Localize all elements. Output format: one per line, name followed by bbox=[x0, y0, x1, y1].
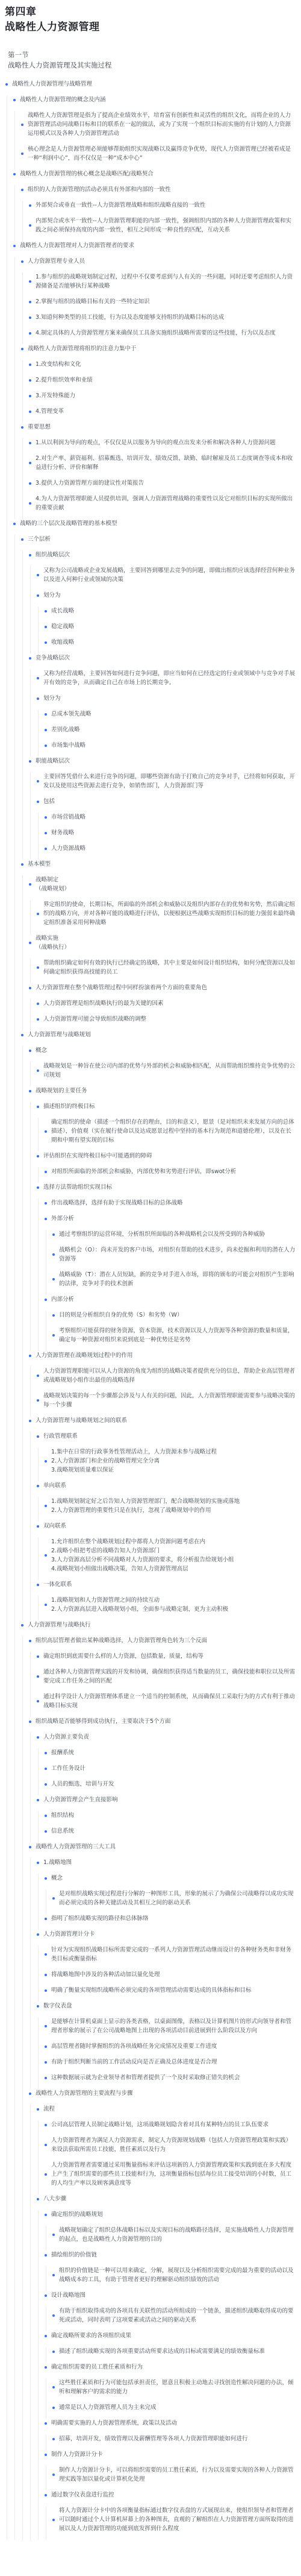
bullet-icon[interactable] bbox=[21, 348, 23, 350]
bullet-icon[interactable] bbox=[45, 2173, 47, 2176]
outline-item-text[interactable]: 描述组织的终极目标 bbox=[43, 1102, 95, 1111]
outline-item-text[interactable]: 人力资源管理会产生直接影响 bbox=[43, 1795, 118, 1804]
bullet-icon[interactable] bbox=[37, 1655, 39, 1658]
outline-item-text[interactable]: 战略性人力资源管理对人力资源管理者的要求 bbox=[20, 241, 134, 250]
bullet-icon[interactable] bbox=[52, 1334, 55, 1337]
bullet-icon[interactable] bbox=[52, 2438, 55, 2440]
bullet-icon[interactable] bbox=[29, 657, 31, 660]
outline-item-row[interactable]: 工作任务设计 bbox=[45, 1764, 296, 1780]
outline-item-row[interactable]: 3.知道何种类型的员工技能，行为以及态度能够支持组织的战略目标的达成 bbox=[29, 313, 296, 329]
bullet-icon[interactable] bbox=[45, 2294, 47, 2297]
outline-item-text[interactable]: 人力资源主要负责 bbox=[43, 1733, 89, 1742]
bullet-icon[interactable] bbox=[29, 204, 31, 207]
bullet-icon[interactable] bbox=[29, 1420, 31, 1422]
outline-item-text[interactable]: 通过各种人力资源管理实践的开发和协调，确保组织获得适当数量的员工，确保技能和职位… bbox=[43, 1667, 296, 1686]
outline-item-row[interactable]: 明确需要实施的人力资源管理系统，政策以及活动 bbox=[45, 2419, 296, 2434]
bullet-icon[interactable] bbox=[29, 316, 31, 319]
outline-item-row[interactable]: 确定组织需要的员工胜任素质和行为 bbox=[45, 2363, 296, 2378]
outline-item-row[interactable]: 战略实施 （战略执行） bbox=[29, 934, 296, 959]
outline-item-text[interactable]: 3.开发特殊能力 bbox=[36, 391, 75, 400]
bullet-icon[interactable] bbox=[52, 1278, 55, 1280]
outline-item-row[interactable]: 核心理念是人力资源管理必须能够帮助组织实现战略以及赢得竞争优势，现代人力资源管理… bbox=[21, 145, 296, 169]
outline-item-row[interactable]: 基本模型 bbox=[21, 860, 296, 875]
outline-item-text[interactable]: 针对为实现组织战略目标所需要完成的一系列人力资源管理活动继而设计的各种财务类和非… bbox=[51, 1945, 296, 1963]
outline-item-text[interactable]: 外部契合或垂直一致性--人力资源管理战略和组织战略直接的一致性 bbox=[36, 201, 205, 210]
bullet-icon[interactable] bbox=[45, 2454, 47, 2456]
outline-item-text[interactable]: 一体化联系 bbox=[43, 1580, 72, 1589]
outline-item-row[interactable]: 描绘组织的价值链 bbox=[45, 2250, 296, 2266]
outline-item-text[interactable]: 选择方法帮助组织实现目标 bbox=[43, 1183, 112, 1192]
outline-item-text[interactable]: 战略性人力资源管理是指为了提高企业绩效水平，培育富有创新性和灵活性的组织文化，而… bbox=[28, 111, 296, 138]
outline-item-text[interactable]: 战略性人力资源管理的核心概念是战略匹配/战略契合 bbox=[20, 169, 154, 178]
outline-item-text[interactable]: 指明了组织战略实现的路径和总体脉络 bbox=[51, 1914, 149, 1923]
outline-item-row[interactable]: 划分为 bbox=[37, 694, 296, 710]
outline-item-row[interactable]: 人力资源管理在战略规划过程中的作用 bbox=[29, 1351, 296, 1367]
outline-item-row[interactable]: 稳定战略 bbox=[45, 622, 296, 638]
outline-item-row[interactable]: 三个层析 bbox=[21, 535, 296, 550]
bullet-icon[interactable] bbox=[45, 610, 47, 613]
outline-item-row[interactable]: 1.允许组织在整个战略规划过程中都将人力资源问题考虑在内 2.战略小组把考虑的战… bbox=[45, 1537, 296, 1580]
outline-item-text[interactable]: 划分为 bbox=[43, 591, 61, 600]
outline-item-row[interactable]: 财务战略 bbox=[45, 828, 296, 844]
outline-item-text[interactable]: 人力资源管理是组织战略执行的最为关键的因素 bbox=[43, 999, 164, 1008]
outline-item-text[interactable]: 成长战略 bbox=[51, 606, 74, 616]
outline-item-text[interactable]: 这种数据展示就为企业领导者和管理者提供了一个及时采取修正错失的机会 bbox=[51, 2073, 240, 2082]
bullet-icon[interactable] bbox=[45, 2025, 47, 2027]
outline-item-row[interactable]: 外部契合或垂直一致性--人力资源管理战略和组织战略直接的一致性 bbox=[29, 201, 296, 216]
outline-item-text[interactable]: 人力资源管理职能可以从人力资源的角度为组织的战略决策者提供充分的信息，帮助企业高… bbox=[43, 1367, 296, 1385]
outline-item-text[interactable]: 三个层析 bbox=[28, 535, 51, 544]
outline-item-text[interactable]: 人力资源管理者为满足人力资源需求，制定人力资源规划战略（包括人力资源管理政策和实… bbox=[51, 2136, 296, 2154]
outline-item-text[interactable]: 战略规划决策的每一个步骤都会涉及与人有关的问题，因此，人力资源管理职能需要参与战… bbox=[43, 1391, 296, 1409]
outline-item-row[interactable]: 有助于组织判断当前的工作活动反向是否正确及总体进度是否合理 bbox=[45, 2058, 296, 2073]
outline-item-row[interactable]: 作出战略选择，选择有助于实现战略目标的总体战略 bbox=[45, 1198, 296, 1214]
outline-item-row[interactable]: 概念 bbox=[45, 1874, 296, 1889]
outline-item-text[interactable]: 战略威胁（T）：潜在人员短缺，新的竞争对手进入市场，即将的颁布的可能会对组织产生… bbox=[59, 1270, 296, 1288]
outline-item-text[interactable]: 战略性人力资源管理的三大工具 bbox=[36, 1842, 116, 1851]
outline-item-text[interactable]: 公司高层管理人员制定战略计划，这项战略规划隐含着对具有某种特点的员工队伍要求 bbox=[51, 2120, 268, 2129]
outline-item-row[interactable]: 高层管理者随时掌握组织的各项战略任务完成情况及重要工作进度 bbox=[45, 2042, 296, 2058]
outline-item-row[interactable]: 1.改变结构和文化 bbox=[29, 360, 296, 376]
bullet-icon[interactable] bbox=[29, 1355, 31, 1357]
bullet-icon[interactable] bbox=[37, 2005, 39, 2008]
outline-item-text[interactable]: 战略规划的主要任务 bbox=[36, 1086, 87, 1095]
bullet-icon[interactable] bbox=[45, 1783, 47, 1786]
outline-item-row[interactable]: 1.战略地图 bbox=[37, 1858, 296, 1874]
bullet-icon[interactable] bbox=[37, 1799, 39, 1801]
bullet-icon[interactable] bbox=[37, 966, 39, 969]
outline-item-row[interactable]: 又称为经营战略，主要回答如何进行竞争问题，即应当如何在已经选定的行业或领域中与竞… bbox=[37, 669, 296, 694]
outline-item-row[interactable]: 战略性人力资源管理的主要流程与步骤 bbox=[29, 2089, 296, 2105]
outline-item-row[interactable]: 人力资源管理专业人员 bbox=[21, 257, 296, 272]
outline-item-text[interactable]: 职能战略层次 bbox=[36, 757, 70, 766]
outline-item-text[interactable]: 2.掌握与组织的战略目标有关的一些特定知识 bbox=[36, 297, 150, 306]
bullet-icon[interactable] bbox=[45, 2422, 47, 2425]
outline-item-text[interactable]: 人力资源管理与战略规划 bbox=[28, 1030, 91, 1039]
outline-item-row[interactable]: 市场营销战略 bbox=[45, 813, 296, 828]
outline-item-text[interactable]: 差别化战略 bbox=[51, 725, 80, 734]
outline-item-row[interactable]: 界定组织的使命，长期目标，所面临的外部机会和威胁以及组织内部存在的优势和劣势，然… bbox=[37, 900, 296, 934]
outline-item-row[interactable]: 通过数字仪表盘进行监控 bbox=[45, 2490, 296, 2506]
bullet-icon[interactable] bbox=[37, 1862, 39, 1864]
outline-item-row[interactable]: 人力资源管理与战略规划 bbox=[21, 1030, 296, 1046]
bullet-icon[interactable] bbox=[45, 1830, 47, 1833]
outline-item-row[interactable]: 双向联系 bbox=[37, 1522, 296, 1537]
bullet-icon[interactable] bbox=[45, 729, 47, 731]
bullet-icon[interactable] bbox=[13, 99, 16, 101]
outline-item-text[interactable]: 确定组织的使命（描述一个组织存在的理由，目的和意义），愿景（是对组织未来发展方向… bbox=[51, 1118, 296, 1145]
outline-item-row[interactable]: 组织高层管理者做出某种战略选择，人力资源管理角色转为三个反面 bbox=[29, 1636, 296, 1652]
bullet-icon[interactable] bbox=[37, 677, 39, 679]
bullet-icon[interactable] bbox=[37, 698, 39, 700]
outline-item-row[interactable]: 1.战略规划制定好之后告知人力资源管理部门，配合战略规划的实施或落地 2.人力资… bbox=[45, 1497, 296, 1522]
outline-item-row[interactable]: 人力资源管理者需要通过采用衡量指标来评估这项新的人力资源管理政策和实践到底在多大… bbox=[45, 2161, 296, 2194]
outline-item-text[interactable]: 稳定战略 bbox=[51, 622, 74, 631]
bullet-icon[interactable] bbox=[13, 523, 16, 525]
outline-item-text[interactable]: 作出战略选择，选择有助于实现战略目标的总体战略 bbox=[51, 1198, 183, 1208]
bullet-icon[interactable] bbox=[21, 260, 23, 263]
outline-item-row[interactable]: 八大步骤 bbox=[37, 2194, 296, 2210]
bullet-icon[interactable] bbox=[29, 301, 31, 303]
outline-item-row[interactable]: 针对为实现组织战略目标所需要完成的一系列人力资源管理活动继而设计的各种财务类和非… bbox=[45, 1945, 296, 1970]
bullet-icon[interactable] bbox=[45, 1768, 47, 1770]
outline-item-row[interactable]: 帮助组织确定如何有效的执行已经确定的战略，其中主要是如何设计组织结构，如何分配资… bbox=[37, 959, 296, 983]
bullet-icon[interactable] bbox=[29, 462, 31, 464]
bullet-icon[interactable] bbox=[21, 189, 23, 191]
bullet-icon[interactable] bbox=[37, 1700, 39, 1702]
outline-item-row[interactable]: 通过各种人力资源管理实践的开发和协调，确保组织获得适当数量的员工，确保技能和职位… bbox=[37, 1667, 296, 1692]
bullet-icon[interactable] bbox=[52, 2274, 55, 2276]
bullet-icon[interactable] bbox=[29, 379, 31, 382]
bullet-icon[interactable] bbox=[29, 411, 31, 413]
outline-item-text[interactable]: 概念 bbox=[51, 1874, 63, 1883]
bullet-icon[interactable] bbox=[29, 1721, 31, 1723]
outline-item-row[interactable]: 人力资源管理计分卡 bbox=[37, 1930, 296, 1945]
outline-item-row[interactable]: 战略规划的主要任务 bbox=[29, 1086, 296, 1102]
bullet-icon[interactable] bbox=[29, 1640, 31, 1642]
outline-item-row[interactable]: 单向联系 bbox=[37, 1481, 296, 1497]
bullet-icon[interactable] bbox=[29, 987, 31, 989]
outline-item-text[interactable]: 人力资源管理在战略规划过程中的作用 bbox=[36, 1351, 133, 1360]
outline-item-row[interactable]: 组织结构 bbox=[45, 1811, 296, 1827]
bullet-icon[interactable] bbox=[45, 1130, 47, 1133]
outline-item-row[interactable]: 战略性人力资源管理与战略管理 bbox=[5, 80, 296, 95]
outline-item-row[interactable]: 人力资源管理职能可以从人力资源的角度为组织的战略决策者提供充分的信息，帮助企业高… bbox=[37, 1367, 296, 1391]
outline-item-row[interactable]: 描述了组织战略实现的各项重要活动所要求达成的目标或需要满足的绩效衡量标准 bbox=[52, 2347, 296, 2363]
bullet-icon[interactable] bbox=[29, 482, 31, 485]
outline-item-row[interactable]: 人力资源管理在整个战略管理过程中同样扮演着两个方面的重要角色 bbox=[29, 983, 296, 999]
outline-item-text[interactable]: 4.管理变革 bbox=[36, 407, 64, 416]
outline-item-row[interactable]: 战略的三个层次及战略管理的基本模型 bbox=[13, 519, 296, 535]
outline-item-text[interactable]: 数字仪表盘 bbox=[43, 2001, 72, 2011]
outline-item-row[interactable]: 战略性人力资源管理是指为了提高企业绩效水平，培育富有创新性和灵活性的组织文化，而… bbox=[21, 111, 296, 145]
outline-item-row[interactable]: 3.提供人力资源管理方面的建议性对策报告 bbox=[29, 479, 296, 494]
outline-item-text[interactable]: 战略性人力资源管理的概念及内涵 bbox=[20, 95, 106, 104]
outline-item-row[interactable]: 成长战略 bbox=[45, 606, 296, 622]
outline-item-row[interactable]: 是能够在计算机桌面上显示的各类表格，以桌面图像，表格以及计算机图片的形式向领导者… bbox=[45, 2017, 296, 2042]
outline-item-row[interactable]: 1.战略规划和人力资源管理之间的持续互动 2.人力资源高层进入战略规划小组，全面… bbox=[45, 1596, 296, 1620]
bullet-icon[interactable] bbox=[52, 1233, 55, 1236]
bullet-icon[interactable] bbox=[45, 713, 47, 716]
bullet-icon[interactable] bbox=[37, 2108, 39, 2111]
outline-item-row[interactable]: 设计战略地图 bbox=[45, 2291, 296, 2307]
bullet-icon[interactable] bbox=[13, 173, 16, 175]
bullet-icon[interactable] bbox=[37, 1675, 39, 1678]
bullet-icon[interactable] bbox=[37, 1018, 39, 1021]
bullet-icon[interactable] bbox=[45, 2214, 47, 2216]
bullet-icon[interactable] bbox=[37, 1736, 39, 1739]
outline-item-row[interactable]: 4.为人力资源管理职能人员提供培训，强调人力资源管理战略的重要性以及它对组织目标… bbox=[29, 494, 296, 519]
bullet-icon[interactable] bbox=[45, 2254, 47, 2256]
bullet-icon[interactable] bbox=[37, 1186, 39, 1189]
bullet-icon[interactable] bbox=[45, 832, 47, 834]
outline-item-row[interactable]: 内部契合或水平一致性--人力资源管理职能的内部一致性，强调组织内部的各种人力资源… bbox=[29, 216, 296, 241]
outline-item-text[interactable]: 描绘组织的价值链 bbox=[51, 2250, 97, 2260]
outline-item-text[interactable]: 战略实施 （战略执行） bbox=[36, 934, 70, 952]
outline-item-row[interactable]: 战略性人力资源管理对人力资源管理者的要求 bbox=[13, 241, 296, 257]
outline-item-text[interactable]: 考察组织可能获得的财务资源，资本资源，技术资源以及人力资源等各种资源的数量和质量… bbox=[59, 1326, 296, 1344]
bullet-icon[interactable] bbox=[52, 2351, 55, 2353]
bullet-icon[interactable] bbox=[45, 816, 47, 819]
bullet-icon[interactable] bbox=[21, 1624, 23, 1627]
outline-item-text[interactable]: 又称为公司战略或企业发展战略，主要回答到哪里去竞争的问题，即做出组织应该选择经营… bbox=[43, 566, 296, 584]
outline-item-text[interactable]: 2.提升组织效率和业绩 bbox=[36, 376, 93, 385]
outline-item-row[interactable]: 4.制定具体的人力资源管理方案来确保员工具备实施组织战略所需要的这些技能，行为以… bbox=[29, 329, 296, 344]
bullet-icon[interactable] bbox=[45, 2335, 47, 2337]
outline-item-text[interactable]: 1.战略规划制定好之后告知人力资源管理部门，配合战略规划的实施或落地 2.人力资… bbox=[51, 1497, 240, 1515]
outline-item-row[interactable]: 人力资源战略 bbox=[45, 844, 296, 860]
outline-item-text[interactable]: 有助于组织取得成功的各项具有关联性的活动所组成的一个链条，描述组织战略取得成功的… bbox=[59, 2307, 296, 2325]
outline-item-text[interactable]: 确定组织的战略规划 bbox=[51, 2210, 103, 2219]
outline-item-text[interactable]: 人力资源管理与战略规划之间的联系 bbox=[36, 1416, 127, 1425]
bullet-icon[interactable] bbox=[29, 502, 31, 505]
outline-item-text[interactable]: 总成本领先战略 bbox=[51, 710, 92, 719]
outline-item-row[interactable]: 概念 bbox=[29, 1046, 296, 1062]
bullet-icon[interactable] bbox=[29, 280, 31, 283]
outline-item-text[interactable]: 工作任务设计 bbox=[51, 1764, 85, 1773]
bullet-icon[interactable] bbox=[45, 1974, 47, 1976]
outline-item-row[interactable]: 考察组织可能获得的财务资源，资本资源，技术资源以及人力资源等各种资源的数量和质量… bbox=[52, 1326, 296, 1351]
outline-item-text[interactable]: 战略性人力资源管理与战略管理 bbox=[12, 80, 92, 89]
outline-item-row[interactable]: 战略规划是一种旨在使公司内部的优势与外部的机会和威胁相匹配，从而帮助组织维持竞争… bbox=[37, 1062, 296, 1086]
outline-item-row[interactable]: 制作人力资源计分卡，可以将组织需要的员工胜任素质，行为以及需要实现的各种人力资源… bbox=[52, 2466, 296, 2490]
outline-item-text[interactable]: 组织的价值链是一种可以用来确定，分解，展现以及分析组织需要完成的最为重要的活动以… bbox=[59, 2266, 296, 2284]
outline-item-text[interactable]: 战略性人力资源管理将组织的注意力集中于 bbox=[28, 344, 137, 353]
outline-item-text[interactable]: 确定组织到底需要什么样的人力资源，包括数量，质量，结构等 bbox=[43, 1652, 203, 1661]
outline-item-row[interactable]: 对组织所面临的外部机会和威胁，内部优势和劣势进行评估，即swot分析 bbox=[45, 1167, 296, 1183]
bullet-icon[interactable] bbox=[37, 1399, 39, 1402]
outline-item-text[interactable]: 八大步骤 bbox=[43, 2194, 66, 2203]
outline-item-row[interactable]: 人力资源管理与战略规划之间的联系 bbox=[29, 1416, 296, 1432]
outline-item-row[interactable]: 一体化联系 bbox=[37, 1580, 296, 1596]
bullet-icon[interactable] bbox=[45, 2144, 47, 2146]
bullet-icon[interactable] bbox=[45, 745, 47, 747]
outline-item-text[interactable]: 人力资源管理与战略执行 bbox=[28, 1620, 91, 1630]
bullet-icon[interactable] bbox=[37, 1435, 39, 1438]
bullet-icon[interactable] bbox=[37, 2198, 39, 2200]
bullet-icon[interactable] bbox=[29, 1050, 31, 1052]
outline-item-row[interactable]: 2.对生产率、薪资福利、招募甄选、培训开发、绩效反馈、缺勤、临时解雇及员工态度调… bbox=[29, 454, 296, 479]
bullet-icon[interactable] bbox=[37, 574, 39, 576]
bullet-icon[interactable] bbox=[37, 1933, 39, 1936]
outline-item-row[interactable]: 确定组织的使命（描述一个组织存在的理由，目的和意义），愿景（是对组织未来发展方向… bbox=[45, 1118, 296, 1151]
bullet-icon[interactable] bbox=[45, 2366, 47, 2369]
bullet-icon[interactable] bbox=[52, 2407, 55, 2409]
outline-item-row[interactable]: 指明了组织战略实现的路径和总体脉络 bbox=[45, 1914, 296, 1930]
bullet-icon[interactable] bbox=[52, 2519, 55, 2521]
outline-item-text[interactable]: 是能够在计算机桌面上显示的各类表格，以桌面图像，表格以及计算机图片的形式向领导者… bbox=[51, 2017, 296, 2035]
outline-item-row[interactable]: 是对组织战略实现过程进行分解的一种图形工具，形象的展示了为确保公司战略得以成功实… bbox=[52, 1889, 296, 1914]
outline-item-row[interactable]: 战略规划确定了组织总体战略目标以及实现目标的战略路径选择，是实施战略性人力资源管… bbox=[52, 2226, 296, 2250]
outline-item-text[interactable]: 组织高层管理者做出某种战略选择，人力资源管理角色转为三个反面 bbox=[36, 1636, 207, 1645]
outline-item-text[interactable]: 帮助组织确定如何有效的执行已经确定的战略，其中主要是如何设计组织结构，如何分配资… bbox=[43, 959, 296, 977]
outline-item-row[interactable]: 重要思想 bbox=[21, 423, 296, 438]
outline-item-text[interactable]: 1.战略规划和人力资源管理之间的持续互动 2.人力资源高层进入战略规划小组，全面… bbox=[51, 1596, 228, 1614]
outline-item-text[interactable]: 战略的三个层次及战略管理的基本模型 bbox=[20, 519, 117, 528]
bullet-icon[interactable] bbox=[37, 780, 39, 783]
outline-item-row[interactable]: 描述组织的终极目标 bbox=[37, 1102, 296, 1118]
outline-item-row[interactable]: 将战略地图中涉及的各种活动加以量化处理 bbox=[45, 1970, 296, 1986]
outline-item-row[interactable]: 报酬系统 bbox=[45, 1748, 296, 1764]
outline-item-row[interactable]: 战略性人力资源管理的三大工具 bbox=[29, 1842, 296, 1858]
bullet-icon[interactable] bbox=[29, 442, 31, 444]
outline-item-text[interactable]: 组织的人力资源管理的活动必须具有外部和内部的一致性 bbox=[28, 185, 171, 194]
bullet-icon[interactable] bbox=[45, 1171, 47, 1173]
outline-item-text[interactable]: 组织战略层次 bbox=[36, 550, 70, 559]
outline-item-row[interactable]: 将人力资源计分卡中的各项衡量指标通过数字仪表盘的方式展现出来，使组织领导者和管理… bbox=[52, 2506, 296, 2540]
outline-item-text[interactable]: 信息系统 bbox=[51, 1827, 74, 1836]
outline-item-row[interactable]: 又称为公司战略或企业发展战略，主要回答到哪里去竞争的问题，即做出组织应该选择经营… bbox=[37, 566, 296, 591]
outline-item-row[interactable]: 明确了衡量实现组织战略所必须完成的各项管理活动需要达成的具体指标和目标 bbox=[45, 1986, 296, 2001]
bullet-icon[interactable] bbox=[5, 83, 8, 86]
outline-item-text[interactable]: 基本模型 bbox=[28, 860, 51, 869]
bullet-icon[interactable] bbox=[29, 1090, 31, 1092]
bullet-icon[interactable] bbox=[37, 1069, 39, 1072]
bullet-icon[interactable] bbox=[37, 1525, 39, 1528]
outline-item-text[interactable]: 制作人力资源计分卡 bbox=[51, 2450, 103, 2459]
outline-item-row[interactable]: 内部分析 bbox=[45, 1295, 296, 1311]
bullet-icon[interactable] bbox=[29, 364, 31, 366]
outline-item-row[interactable]: 人力资源管理会产生直接影响 bbox=[37, 1795, 296, 1811]
outline-item-row[interactable]: 2.提升组织效率和业绩 bbox=[29, 376, 296, 391]
bullet-icon[interactable] bbox=[45, 848, 47, 850]
outline-item-row[interactable]: 组织战略是否能够得到成功执行，主要取决于5个方面 bbox=[29, 1717, 296, 1733]
outline-item-row[interactable]: 组织战略层次 bbox=[29, 550, 296, 566]
outline-item-row[interactable]: 这些胜任素质和行为可能包括承担责任，愿意且积极主动地去寻找创造性解决问题的办法，… bbox=[52, 2378, 296, 2403]
bullet-icon[interactable] bbox=[21, 863, 23, 866]
outline-item-row[interactable]: 确定组织到底需要什么样的人力资源，包括数量，质量，结构等 bbox=[37, 1652, 296, 1667]
bullet-icon[interactable] bbox=[37, 1106, 39, 1108]
outline-item-text[interactable]: 对组织所面临的外部机会和威胁，内部优势和劣势进行评估，即swot分析 bbox=[51, 1167, 236, 1176]
outline-item-row[interactable]: 战略性人力资源管理的核心概念是战略匹配/战略契合 bbox=[13, 169, 296, 185]
outline-item-text[interactable]: 报酬系统 bbox=[51, 1748, 74, 1757]
outline-item-text[interactable]: 通过科学设计人力资源管理体系建立一个适当的控制系统，从而确保员工采取行为的方式有… bbox=[43, 1692, 296, 1710]
bullet-icon[interactable] bbox=[37, 1584, 39, 1586]
outline-item-text[interactable]: 财务战略 bbox=[51, 828, 74, 837]
outline-item-text[interactable]: 人力资源战略 bbox=[51, 844, 85, 853]
outline-item-row[interactable]: 战略规划决策的每一个步骤都会涉及与人有关的问题，因此，人力资源管理职能需要参与战… bbox=[37, 1391, 296, 1416]
bullet-icon[interactable] bbox=[21, 124, 23, 126]
outline-item-row[interactable]: 竞争战略层次 bbox=[29, 653, 296, 669]
outline-item-row[interactable]: 通常是以人力资源管理人员为主来完成 bbox=[52, 2403, 296, 2419]
outline-item-text[interactable]: 通过数字仪表盘进行监控 bbox=[51, 2490, 114, 2499]
outline-item-text[interactable]: 3.知道何种类型的员工技能，行为以及态度能够支持组织的战略目标的达成 bbox=[36, 313, 224, 322]
outline-item-text[interactable]: 将人力资源计分卡中的各项衡量指标通过数字仪表盘的方式展现出来，使组织领导者和管理… bbox=[59, 2506, 296, 2533]
outline-item-row[interactable]: 组织的价值链是一种可以用来确定，分解，展现以及分析组织需要完成的最为重要的活动以… bbox=[52, 2266, 296, 2291]
outline-item-text[interactable]: 有助于组织判断当前的工作活动反向是否正确及总体进度是否合理 bbox=[51, 2058, 217, 2067]
bullet-icon[interactable] bbox=[37, 1003, 39, 1005]
bullet-icon[interactable] bbox=[45, 1752, 47, 1754]
outline-item-text[interactable]: 组织战略是否能够得到成功执行，主要取决于5个方面 bbox=[36, 1717, 171, 1726]
outline-item-text[interactable]: 确定战略所要求的各项组织成果 bbox=[51, 2331, 131, 2340]
outline-item-row[interactable]: 通过考察组织的运营环境，分析组织所面临的各种战略机会以及所受到的各种威胁 bbox=[52, 1230, 296, 1245]
bullet-icon[interactable] bbox=[45, 2494, 47, 2496]
outline-item-text[interactable]: 市场营销战略 bbox=[51, 813, 85, 822]
bullet-icon[interactable] bbox=[45, 1554, 47, 1557]
bullet-icon[interactable] bbox=[29, 224, 31, 227]
outline-item-row[interactable]: 流程 bbox=[37, 2105, 296, 2120]
outline-item-row[interactable]: 目的则是分析组织自身的优势（S）和劣势（W） bbox=[52, 1311, 296, 1326]
bullet-icon[interactable] bbox=[37, 1485, 39, 1487]
bullet-icon[interactable] bbox=[45, 1989, 47, 1992]
outline-item-text[interactable]: 是对组织战略实现过程进行分解的一种图形工具，形象的展示了为确保公司战略得以成功实… bbox=[59, 1889, 296, 1907]
outline-item-text[interactable]: 1.从以利润为导向的观点，不仅仅是从以服务为导向的观点出发来分析和解决各种人力资… bbox=[36, 438, 276, 447]
outline-item-text[interactable]: 明确需要实施的人力资源管理系统，政策以及活动 bbox=[51, 2419, 177, 2428]
bullet-icon[interactable] bbox=[29, 2093, 31, 2095]
outline-item-row[interactable]: 确定战略所要求的各项组织成果 bbox=[45, 2331, 296, 2347]
outline-item-text[interactable]: 流程 bbox=[43, 2105, 55, 2114]
outline-item-row[interactable]: 1.参与组织的战略规划制定过程，过程中不仅要考虑到与人有关的一些问题，同时还要考… bbox=[29, 272, 296, 297]
outline-item-row[interactable]: 外部分析 bbox=[45, 1214, 296, 1230]
outline-item-text[interactable]: 通常是以人力资源管理人员为主来完成 bbox=[59, 2403, 157, 2412]
outline-item-row[interactable]: 这种数据展示就为企业领导者和管理者提供了一个及时采取修正错失的机会 bbox=[45, 2073, 296, 2089]
outline-item-row[interactable]: 人力资源管理者为满足人力资源需求，制定人力资源规划战略（包括人力资源管理政策和实… bbox=[45, 2136, 296, 2161]
bullet-icon[interactable] bbox=[45, 1505, 47, 1507]
outline-item-text[interactable]: 3.提供人力资源管理方面的建议性对策报告 bbox=[36, 479, 144, 488]
bullet-icon[interactable] bbox=[29, 760, 31, 763]
outline-item-text[interactable]: 核心理念是人力资源管理必须能够帮助组织实现战略以及赢得竞争优势，现代人力资源管理… bbox=[28, 145, 296, 163]
outline-item-row[interactable]: 数字仪表盘 bbox=[37, 2001, 296, 2017]
outline-item-text[interactable]: 这些胜任素质和行为可能包括承担责任，愿意且积极主动地去寻找创造性解决问题的办法，… bbox=[59, 2378, 296, 2396]
bullet-icon[interactable] bbox=[21, 1034, 23, 1036]
outline-item-text[interactable]: 人力资源管理计分卡 bbox=[43, 1930, 95, 1939]
outline-item-row[interactable]: 战略性人力资源管理的概念及内涵 bbox=[13, 95, 296, 111]
bullet-icon[interactable] bbox=[52, 2386, 55, 2389]
bullet-icon[interactable] bbox=[52, 1897, 55, 1900]
outline-item-row[interactable]: 公司高层管理人员制定战略计划，这项战略规划隐含着对具有某种特点的员工队伍要求 bbox=[45, 2120, 296, 2136]
outline-item-row[interactable]: 通过科学设计人力资源管理体系建立一个适当的控制系统，从而确保员工采取行为的方式有… bbox=[37, 1692, 296, 1717]
outline-item-text[interactable]: 组织结构 bbox=[51, 1811, 74, 1820]
outline-item-text[interactable]: 外部分析 bbox=[51, 1214, 74, 1223]
outline-item-row[interactable]: 包括 bbox=[37, 797, 296, 813]
outline-item-text[interactable]: 设计战略地图 bbox=[51, 2291, 85, 2300]
bullet-icon[interactable] bbox=[45, 1218, 47, 1220]
outline-item-row[interactable]: 信息系统 bbox=[45, 1827, 296, 1842]
outline-item-text[interactable]: 重要思想 bbox=[28, 423, 51, 432]
outline-item-text[interactable]: 通过考察组织的运营环境，分析组织所面临的各种战略机会以及所受到的各种威胁 bbox=[59, 1230, 265, 1239]
bullet-icon[interactable] bbox=[45, 1604, 47, 1606]
outline-item-row[interactable]: 人力资源管理与战略执行 bbox=[21, 1620, 296, 1636]
outline-item-text[interactable]: 高层管理者随时掌握组织的各项战略任务完成情况及重要工作进度 bbox=[51, 2042, 217, 2051]
outline-item-row[interactable]: 主要回答凭借什么来进行竞争的问题，即哪些资源有助于打败自己的竞争对手，已经将如何… bbox=[37, 772, 296, 797]
bullet-icon[interactable] bbox=[29, 332, 31, 335]
outline-item-row[interactable]: 行政管理联系 bbox=[37, 1432, 296, 1447]
outline-item-text[interactable]: 战略性人力资源管理的主要流程与步骤 bbox=[36, 2089, 133, 2098]
bullet-icon[interactable] bbox=[29, 942, 31, 944]
outline-item-text[interactable]: 1.改变结构和文化 bbox=[36, 360, 81, 369]
bullet-icon[interactable] bbox=[29, 1846, 31, 1848]
bullet-icon[interactable] bbox=[37, 913, 39, 915]
